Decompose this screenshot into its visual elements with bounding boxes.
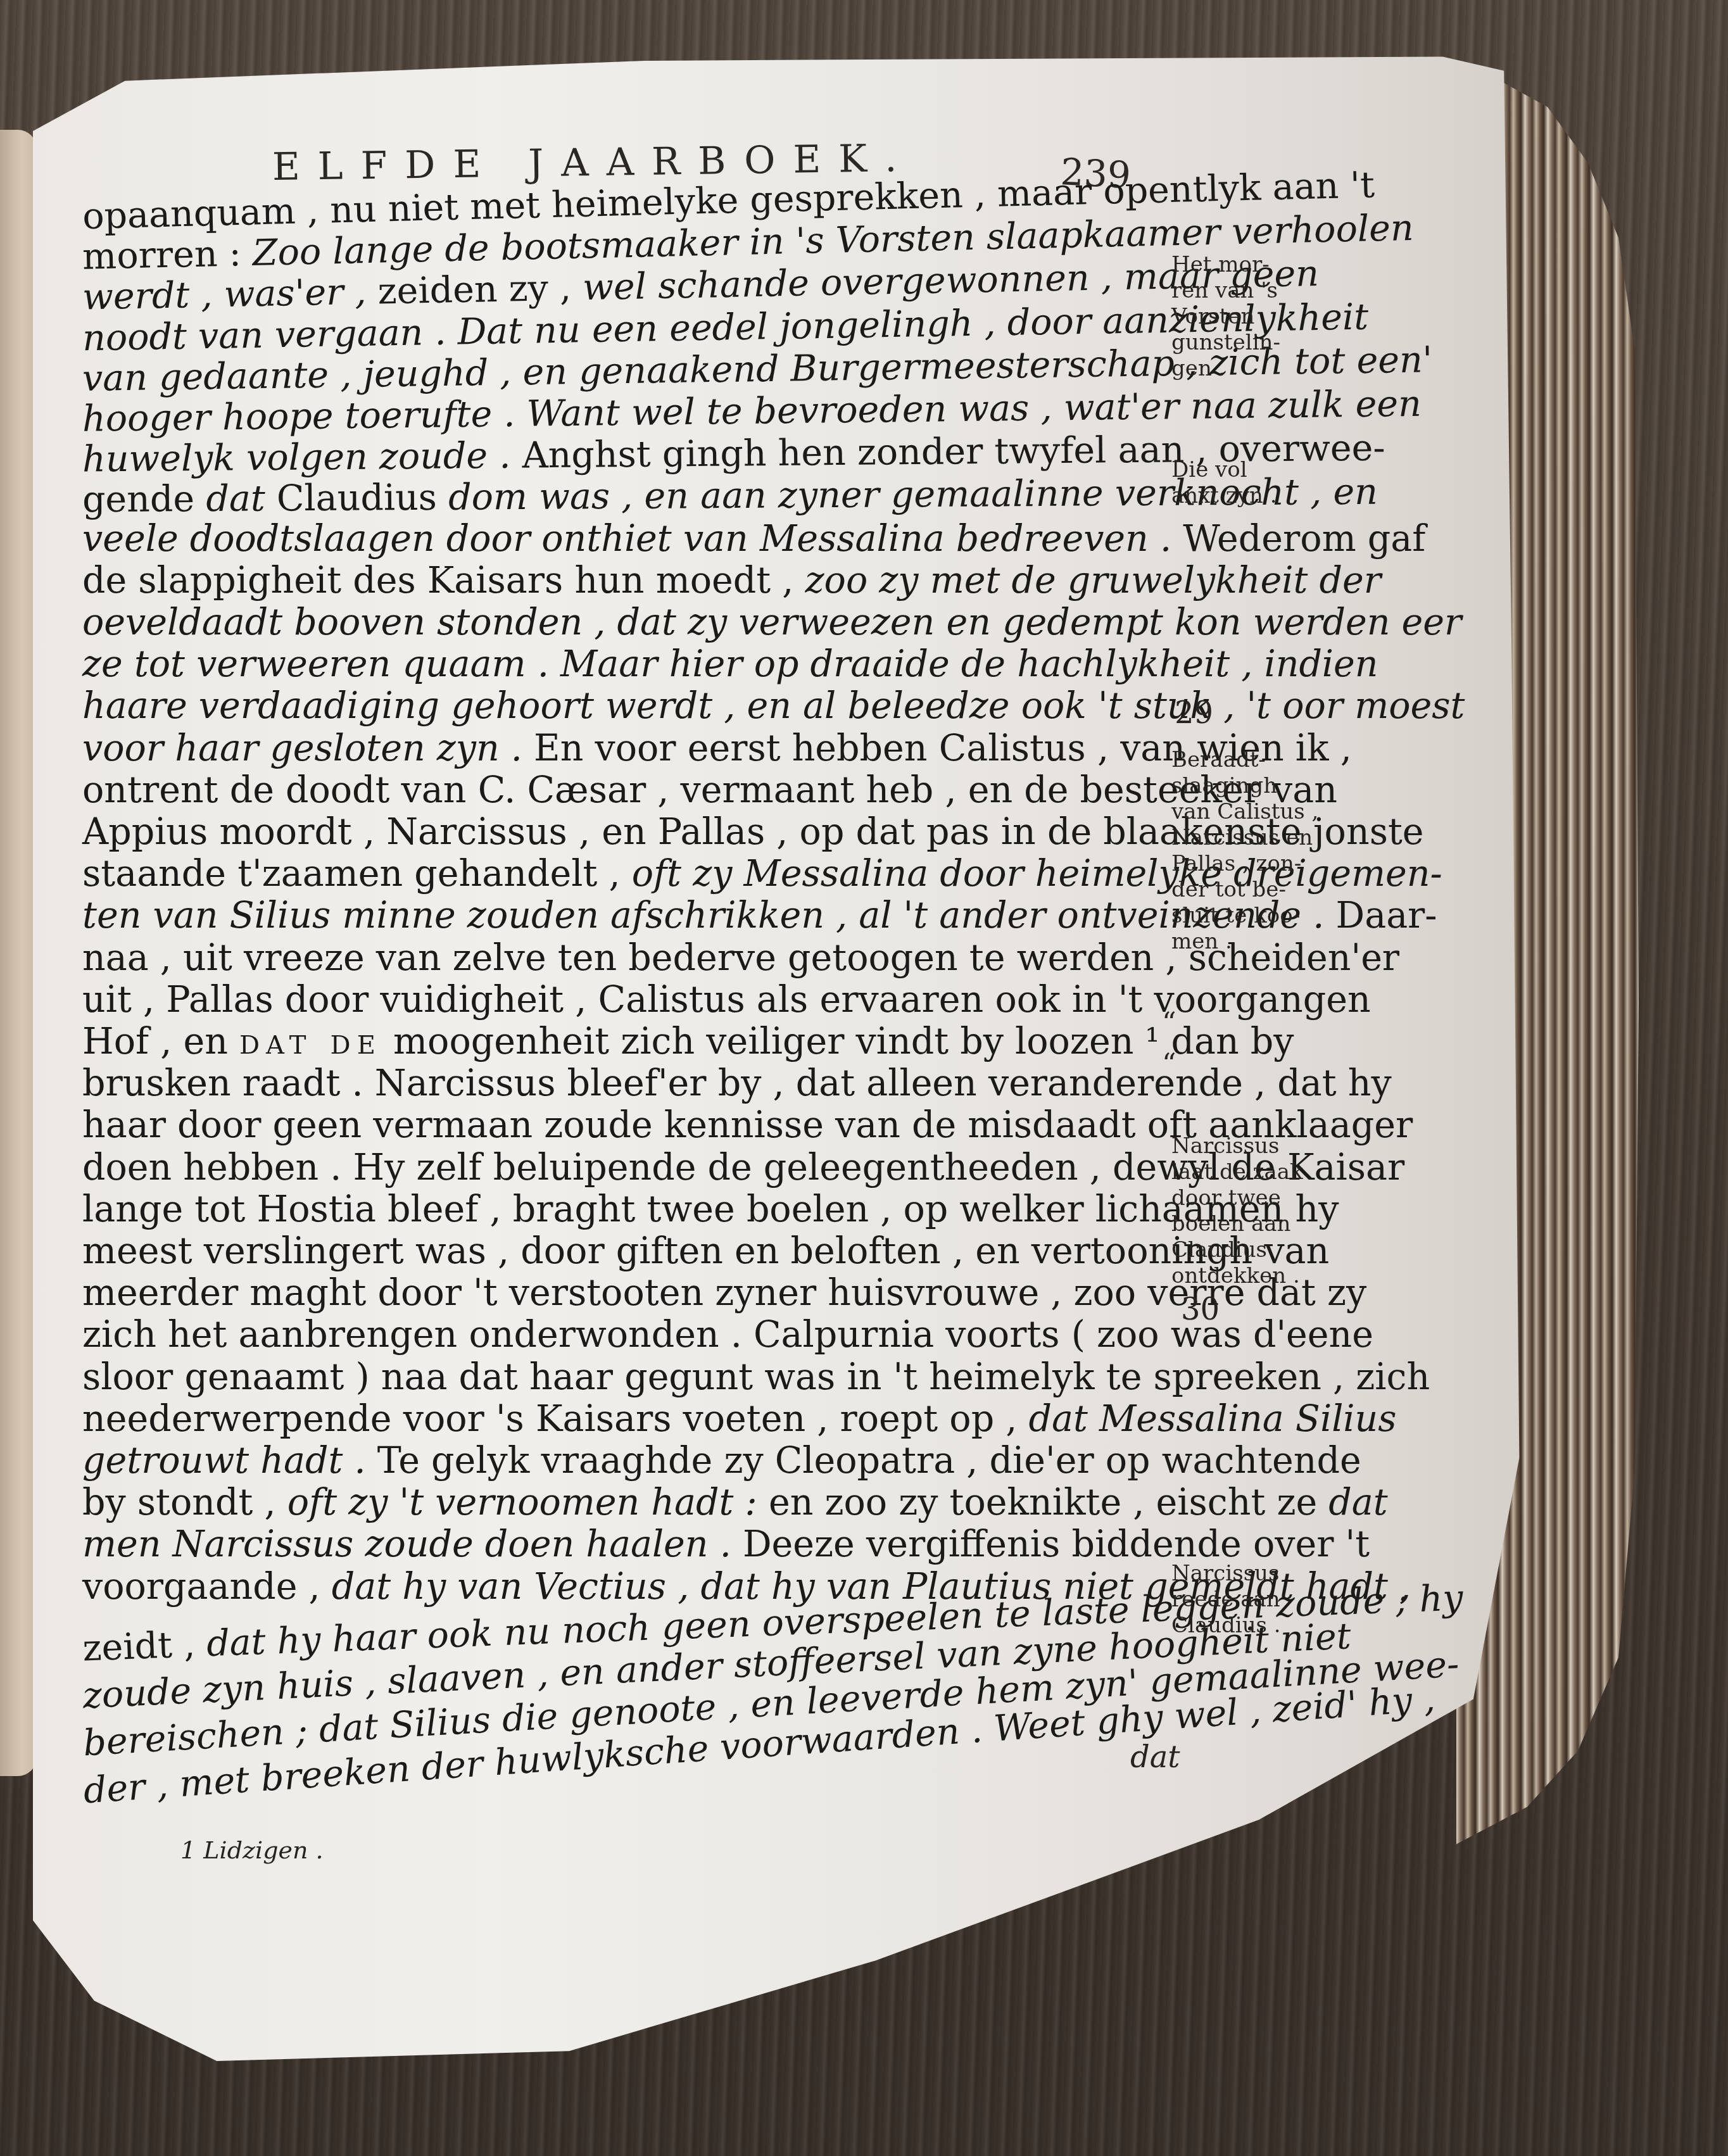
body-line: neederwerpende voor 's Kaisars voeten , … [82,1398,1171,1440]
text-segment: en zoo zy toeknikte , eischt ze [769,1482,1328,1523]
text-segment: veele doodtslaagen door onthiet van Mess… [82,518,1183,560]
body-line: lange tot Hostia bleef , braght twee boe… [82,1188,1171,1230]
text-segment: sloor genaamt ) naa dat haar gegunt was … [82,1356,1430,1398]
margin-note-line: sluit te koo- [1171,903,1318,929]
margin-note-line: gen . [1171,356,1280,382]
text-segment: by stondt , [82,1482,287,1523]
text-segment: voorgaande , [82,1566,332,1608]
body-line: gende dat Claudius dom was , en aan zyne… [82,472,1171,521]
text-segment: Claudius [277,477,449,520]
margin-note-line: Vorsten [1171,304,1280,330]
margin-note-line: anxt zyn . [1171,483,1277,509]
text-segment: Wederom gaf [1183,518,1425,560]
margin-note: Het mor-ren van 'sVorstengunstelin-gen . [1171,252,1280,382]
text-segment: moogenheit zich veiliger vindt by loozen… [382,1021,1294,1062]
body-line: uit , Pallas door vuidigheit , Calistus … [82,979,1171,1021]
margin-note-line: der tot be- [1171,877,1318,903]
text-segment: Te gelyk vraaghde zy Cleopatra , die'er … [377,1440,1361,1482]
text-segment: oft zy 't vernoomen hadt : [287,1482,769,1523]
text-segment: men Narcissus zoude doen haalen . [82,1523,743,1565]
body-line: Appius moordt , Narcissus , en Pallas , … [82,811,1171,853]
section-number-30: 30 [1181,1292,1220,1327]
text-segment: ze tot verweeren quaam . Maar hier op dr… [82,643,1378,685]
margin-note-line: Pallas , zon- [1171,851,1318,877]
text-segment: ontrent de doodt van C. Cæsar , vermaant… [82,769,1337,811]
catchword: dat [1130,1744,1180,1770]
margin-note-line: Claudius . [1171,1613,1281,1639]
body-line: ten van Silius minne zouden afschrikken … [82,895,1171,936]
margin-note: Narcissuslaat de zaakdoor tweeboelen aan… [1171,1133,1303,1289]
body-line: meest verslingert was , door giften en b… [82,1230,1171,1272]
margin-note-line: Het mor- [1171,252,1280,278]
text-segment: voor haar gesloten zyn . [82,728,534,769]
footnote: 1 Lidzigen . [180,1836,324,1864]
text-segment: dat [1328,1482,1387,1523]
text-segment: zeiden zy , [377,267,583,313]
margin-note-line: laat de zaak [1171,1159,1303,1185]
margin-note-line: Narcissus [1171,1561,1281,1587]
margin-note-line: reede aan [1171,1587,1281,1613]
body-line: by stondt , oft zy 't vernoomen hadt : e… [82,1482,1171,1523]
body-line: doen hebben . Hy zelf beluipende de gele… [82,1147,1171,1188]
text-segment: zeidt , [82,1623,207,1669]
body-line: haare verdaadiging gehoort werdt , en al… [82,685,1171,727]
text-segment: ten van Silius minne zouden afschrikken … [82,895,1335,936]
margin-note-line: men . [1171,929,1318,955]
body-line: oeveldaadt booven stonden , dat zy verwe… [82,602,1171,643]
text-segment: Daar- [1335,895,1437,936]
margin-note: Die volanxt zyn . [1171,457,1277,509]
quote-mark: “ [1162,1048,1176,1080]
body-line: ze tot verweeren quaam . Maar hier op dr… [82,643,1171,685]
margin-note-line: boelen aan [1171,1211,1303,1237]
body-line: men Narcissus zoude doen haalen . Deeze … [82,1523,1171,1565]
text-segment: uit , Pallas door vuidigheit , Calistus … [82,979,1371,1021]
section-number-29: 29 [1175,695,1213,731]
body-line: haar door geen vermaan zoude kennisse va… [82,1104,1171,1146]
text-segment: morren : [82,232,253,278]
text-segment: huwelyk volgen zoude . [82,435,522,481]
body-line: ontrent de doodt van C. Cæsar , vermaant… [82,769,1171,811]
margin-note: Narcissusreede aanClaudius . [1171,1561,1281,1639]
text-segment: getrouwt hadt . [82,1440,377,1482]
text-segment: haare verdaadiging gehoort werdt , en al… [82,685,1465,727]
margin-note-line: Narcissus en [1171,825,1318,851]
text-segment: Hof , en [82,1021,239,1062]
text-segment: lange tot Hostia bleef , braght twee boe… [82,1188,1339,1230]
page-text: ELFDE JAARBOEK. 239 opaanquam , nu niet … [0,0,1728,2156]
margin-note-line: ontdekken . [1171,1263,1303,1289]
margin-note-line: gunstelin- [1171,330,1280,356]
margin-note-line: Beraadt- [1171,747,1318,773]
body-line: meerder maght door 't verstooten zyner h… [82,1272,1171,1314]
body-line: naa , uit vreeze van zelve ten bederve g… [82,937,1171,979]
body-line: sloor genaamt ) naa dat haar gegunt was … [82,1356,1171,1398]
body-line: brusken raadt . Narcissus bleef'er by , … [82,1062,1171,1104]
text-segment: dat de [239,1021,382,1062]
margin-note-line: slaagingh [1171,773,1318,799]
margin-note: Beraadt-slaaginghvan Calistus ,Narcissus… [1171,747,1318,955]
quote-mark: “ [1162,1007,1176,1039]
margin-note-line: van Calistus , [1171,799,1318,825]
text-segment: de slappigheit des Kaisars hun moedt , [82,560,805,602]
body-line: Hof , en dat de moogenheit zich veiliger… [82,1021,1171,1062]
text-segment: zich het aanbrengen onderwonden . Calpur… [82,1314,1373,1356]
margin-note-line: Claudius [1171,1237,1303,1263]
text-segment: neederwerpende voor 's Kaisars voeten , … [82,1398,1029,1440]
text-segment: staande t'zaamen gehandelt , [82,853,632,895]
margin-note-line: Narcissus [1171,1133,1303,1159]
text-segment: werdt , was'er , [82,271,379,318]
text-segment: gende [82,478,206,520]
margin-note-line: door twee [1171,1185,1303,1211]
text-segment: meest verslingert was , door giften en b… [82,1230,1329,1272]
text-segment: oeveldaadt booven stonden , dat zy verwe… [82,602,1461,643]
text-segment: dat [206,478,277,520]
margin-note-line: ren van 's [1171,278,1280,304]
body-line: voor haar gesloten zyn . En voor eerst h… [82,728,1171,769]
text-segment: Deeze vergiffenis biddende over 't [743,1523,1370,1565]
body-line: staande t'zaamen gehandelt , oft zy Mess… [82,853,1171,895]
text-segment: zoo zy met de gruwelykheit der [805,560,1381,602]
body-line: getrouwt hadt . Te gelyk vraaghde zy Cle… [82,1440,1171,1482]
body-line: de slappigheit des Kaisars hun moedt , z… [82,560,1171,602]
body-line: zich het aanbrengen onderwonden . Calpur… [82,1314,1171,1356]
text-segment: dat Messalina Silius [1029,1398,1397,1440]
margin-note-line: Die vol [1171,457,1277,483]
text-segment: oft zy Messalina door heimelyke dreigeme… [632,853,1442,895]
text-segment: brusken raadt . Narcissus bleef'er by , … [82,1062,1392,1104]
body-line: veele doodtslaagen door onthiet van Mess… [82,518,1171,560]
